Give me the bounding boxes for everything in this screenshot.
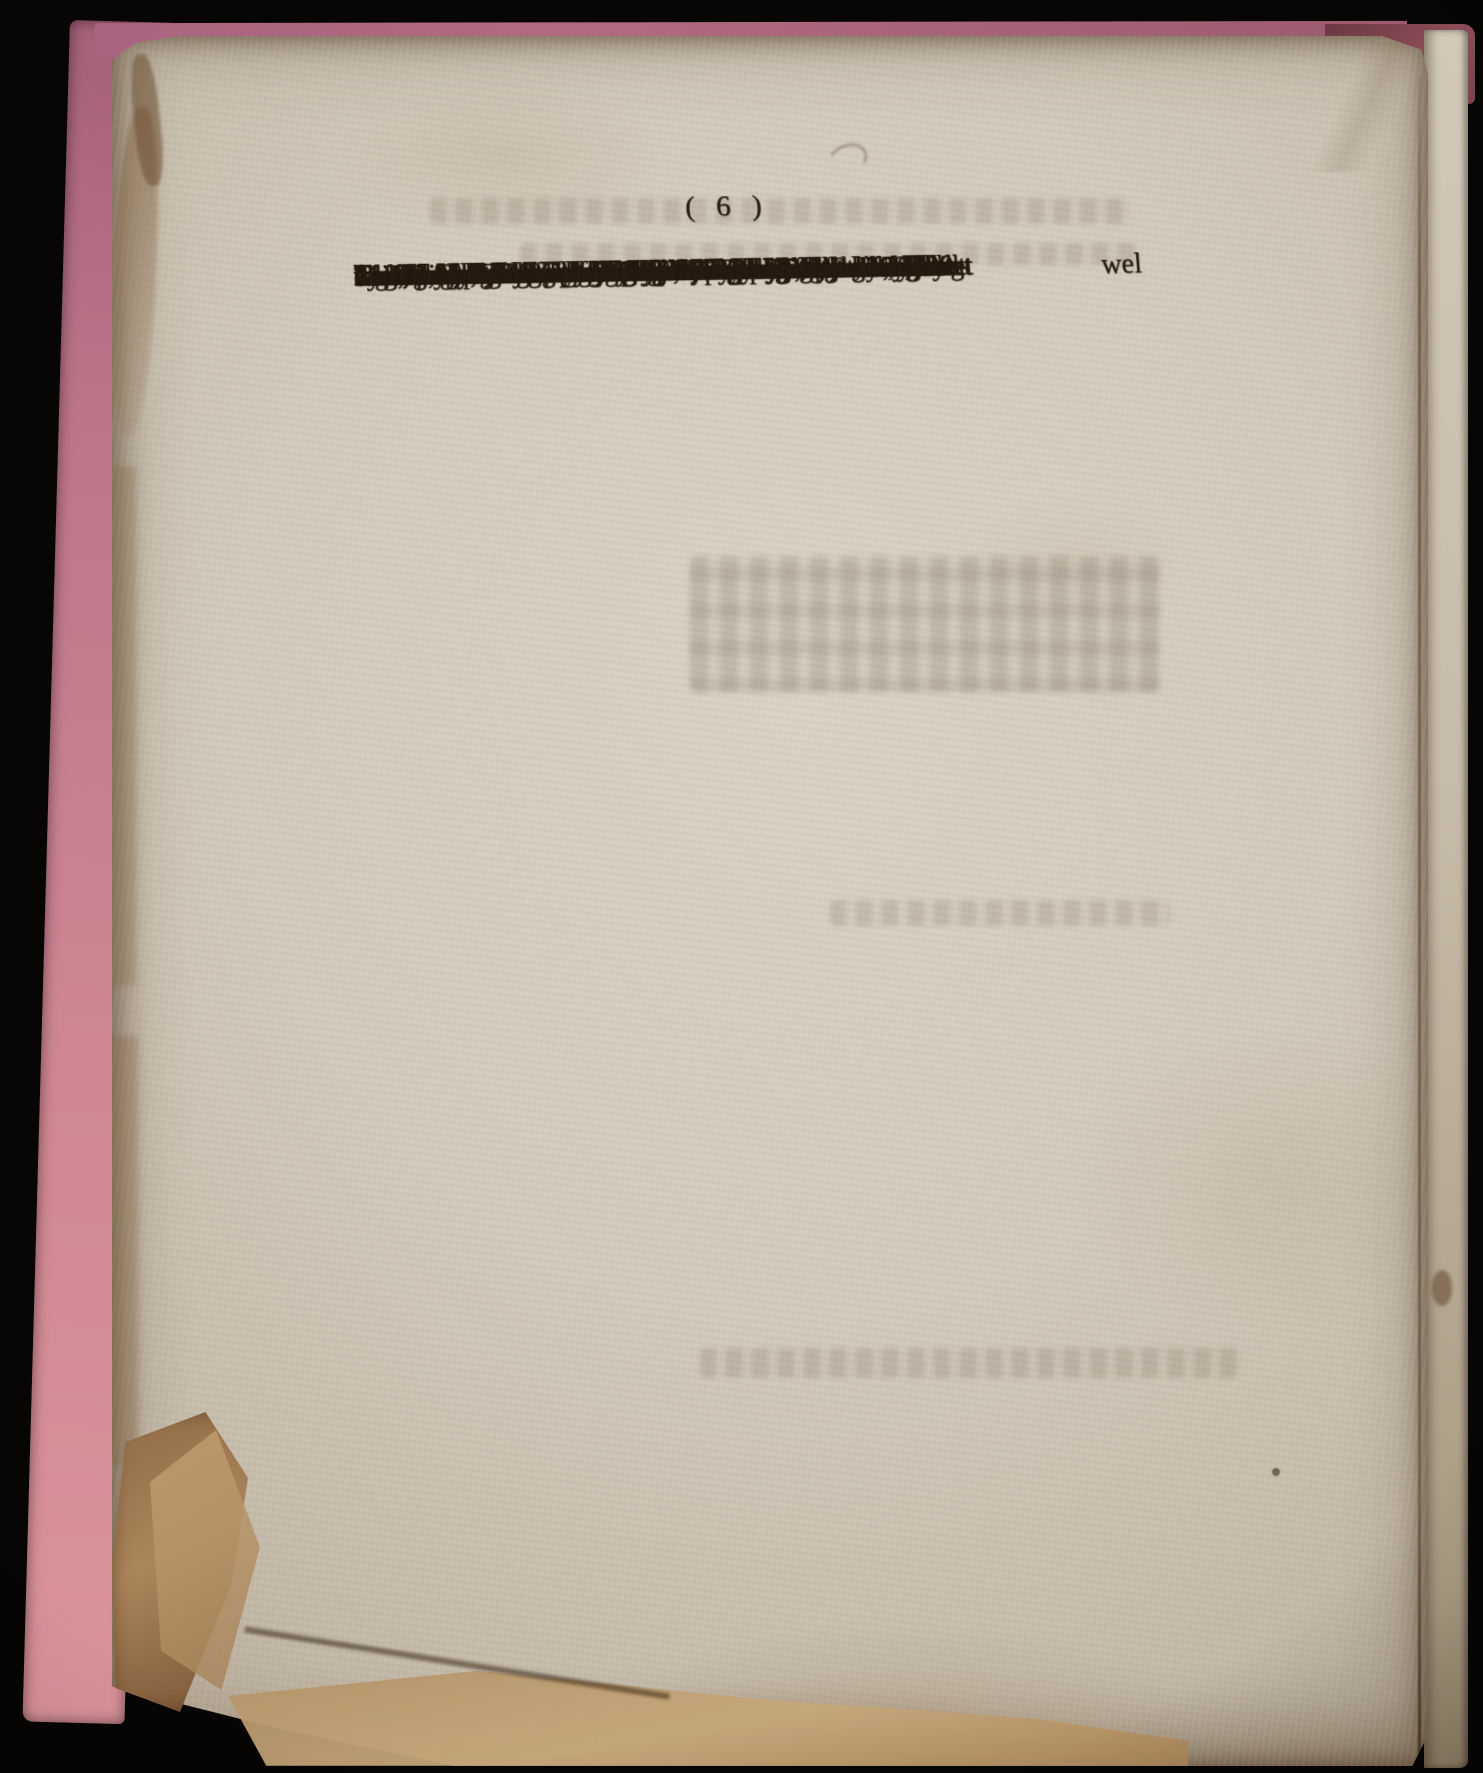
page-paper [112,36,1428,1766]
photo-background: ( 6 ) eige Perſoon de Commandos en Ordre… [0,0,1483,1773]
underlying-page-edge [1424,30,1468,1768]
paper-stains [112,36,1428,1766]
ink-speck [1272,1468,1280,1476]
left-edge-tatter [110,466,136,986]
text-column: ( 6 ) eige Perſoon de Commandos en Ordre… [352,181,1147,297]
right-fold-crease [1418,76,1421,1756]
ink-show-through [830,900,1170,926]
ink-show-through [700,1348,1240,1378]
left-edge-tatter [108,1036,138,1466]
ink-show-through [690,556,1160,692]
stain-spot [1432,1270,1452,1306]
